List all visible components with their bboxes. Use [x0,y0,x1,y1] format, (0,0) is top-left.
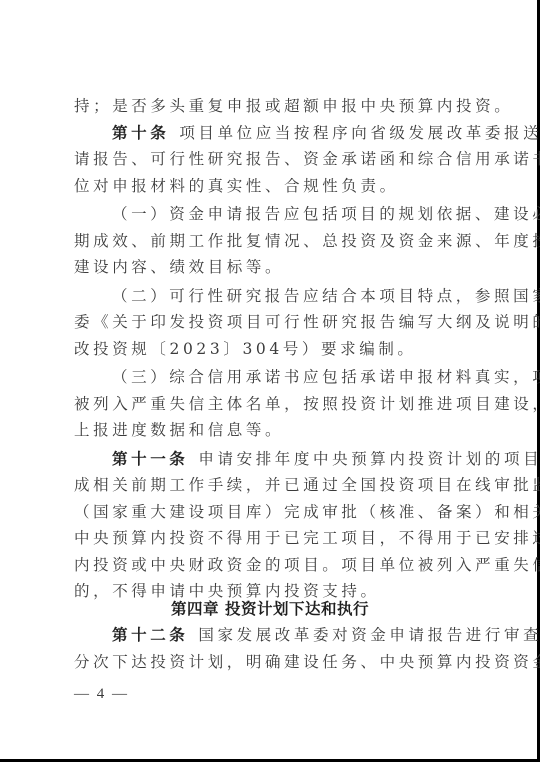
paragraph-continuation-line-1: 持；是否多头重复申报或超额申报中央预算内投资。 [74,93,466,120]
chapter-heading: 第四章 投资计划下达和执行 [0,596,540,622]
item-1-line-2: 期成效、前期工作批复情况、总投资及资金来源、年度投资需求、 [74,228,466,255]
item-2-line-1: （二）可行性研究报告应结合本项目特点，参照国家发展改革 [74,283,466,310]
article-11-label: 第十一条 [112,449,188,468]
item-1-line-3: 建设内容、绩效目标等。 [74,254,466,281]
page-number: — 4 — [74,686,129,703]
article-12-line-1: 第十二条国家发展改革委对资金申请报告进行审查，一次或 [74,622,466,649]
document-page: 持；是否多头重复申报或超额申报中央预算内投资。 第十条项目单位应当按程序向省级发… [0,0,540,762]
article-11-line-3: （国家重大建设项目库）完成审批（核准、备案）和相关前期手续。 [74,499,466,526]
item-3-line-2: 被列入严重失信主体名单，按照投资计划推进项目建设，及时准确 [74,391,466,418]
item-3-line-3: 上报进度数据和信息等。 [74,417,466,444]
article-11-line-1: 第十一条申请安排年度中央预算内投资计划的项目，必须完 [74,446,466,473]
article-12-label: 第十二条 [112,625,188,644]
article-12-text: 国家发展改革委对资金申请报告进行审查，一次或 [198,626,540,644]
article-11-line-4: 中央预算内投资不得用于已完工项目，不得用于已安排过中央预算 [74,525,466,552]
body-text-after-heading: 第十二条国家发展改革委对资金申请报告进行审查，一次或 分次下达投资计划，明确建设… [74,622,466,675]
article-11-line-5: 内投资或中央财政资金的项目。项目单位被列入严重失信主体名单 [74,552,466,579]
body-text-before-heading: 持；是否多头重复申报或超额申报中央预算内投资。 第十条项目单位应当按程序向省级发… [74,93,466,605]
article-10-line-1: 第十条项目单位应当按程序向省级发展改革委报送资金申 [74,120,466,147]
item-2-line-2: 委《关于印发投资项目可行性研究报告编写大纲及说明的通知》（发 [74,309,466,336]
article-11-line-2: 成相关前期工作手续，并已通过全国投资项目在线审批监管平台 [74,472,466,499]
article-12-line-2: 分次下达投资计划，明确建设任务、中央预算内投资资金规模、资 [74,649,466,676]
article-11-text: 申请安排年度中央预算内投资计划的项目，必须完 [198,450,540,468]
article-10-text: 项目单位应当按程序向省级发展改革委报送资金申 [179,124,540,142]
item-1-line-1: （一）资金申请报告应包括项目的规划依据、建设必要性和预 [74,201,466,228]
article-10-line-3: 位对申报材料的真实性、合规性负责。 [74,173,466,200]
item-2-line-3: 改投资规〔2023〕304号）要求编制。 [74,336,466,363]
article-10-label: 第十条 [112,123,169,142]
article-10-line-2: 请报告、可行性研究报告、资金承诺函和综合信用承诺书。项目单 [74,146,466,173]
item-3-line-1: （三）综合信用承诺书应包括承诺申报材料真实，项目单位未 [74,364,466,391]
